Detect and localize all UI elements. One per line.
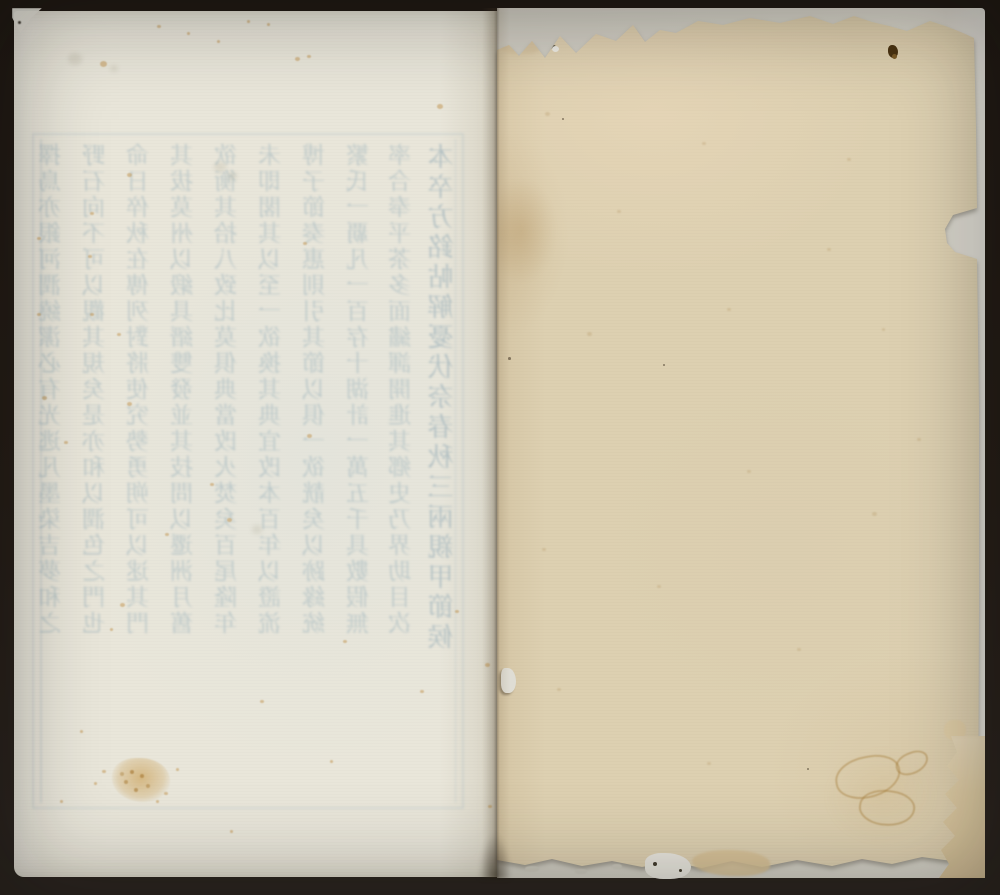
ghost-column: 擇鳥亦銀河潤繞潔必有光逃凡墨染吉夢和之 bbox=[38, 143, 66, 637]
foxing-spot bbox=[80, 730, 83, 733]
left-page: 擇鳥亦銀河潤繞潔必有光逃凡墨染吉夢和之野石向不可以觀其規矣是亦和以潤色之門也命日… bbox=[14, 11, 497, 877]
paper-fleck bbox=[552, 46, 559, 52]
foxing-spot bbox=[882, 328, 885, 331]
foxing-spot bbox=[657, 585, 661, 588]
foxing-spot bbox=[60, 800, 63, 803]
foxing-spot bbox=[663, 364, 665, 366]
foxing-spot bbox=[747, 470, 751, 473]
foxing-spot bbox=[847, 158, 851, 161]
foxing-spot bbox=[100, 61, 107, 67]
foxing-spot bbox=[295, 57, 300, 61]
dust-speck bbox=[653, 862, 657, 866]
ghost-column: 本卒方銘帖解憂伏奈春秋三兩親甲節候 bbox=[426, 143, 460, 653]
book-scan-photo: 擇鳥亦銀河潤繞潔必有光逃凡墨染吉夢和之野石向不可以觀其規矣是亦和以潤色之門也命日… bbox=[0, 0, 1000, 895]
dust-speck bbox=[679, 869, 682, 872]
foxing-spot bbox=[727, 308, 731, 311]
foxing-spot bbox=[217, 40, 220, 43]
right-page-paper bbox=[497, 8, 985, 878]
foxing-spot bbox=[187, 32, 190, 35]
foxing-spot bbox=[68, 53, 82, 65]
foxing-spot bbox=[247, 20, 250, 23]
foxing-spot bbox=[176, 768, 179, 771]
foxing-spot bbox=[557, 688, 561, 691]
foxing-spot bbox=[437, 104, 443, 109]
dust-speck bbox=[18, 21, 21, 24]
foxing-spot bbox=[562, 118, 564, 120]
foxing-spot bbox=[94, 782, 97, 785]
foxing-spot bbox=[702, 142, 706, 145]
ghost-column: 野石向不可以觀其規矣是亦和以潤色之門也 bbox=[82, 143, 110, 637]
foxing-spot bbox=[307, 55, 311, 58]
ghost-column: 其拔莫州以緞具縉雙發並其技問以遷洲月舊 bbox=[170, 143, 198, 637]
foxing-spot bbox=[110, 628, 113, 631]
foxing-spot bbox=[542, 548, 546, 551]
foxing-spot bbox=[617, 210, 621, 213]
book-gutter bbox=[482, 8, 510, 878]
ghost-column: 命日倅秋在傳列對將使究勢勇朔可以逑其門 bbox=[126, 143, 154, 637]
foxing-spot bbox=[707, 762, 711, 765]
foxing-spot bbox=[157, 25, 161, 28]
foxing-spot bbox=[230, 830, 233, 833]
foxing-spot bbox=[267, 23, 270, 26]
foxing-spot bbox=[110, 65, 118, 72]
foxing-spot bbox=[545, 112, 550, 116]
right-page bbox=[497, 8, 985, 878]
right-page-paper-wrap bbox=[497, 8, 985, 878]
ghost-column: 繁氏一覇凡一百存十湖計一萬五千具數假無 bbox=[346, 143, 374, 637]
ghost-column: 未即閣其以至一欲換其典宜攺本百年以證流 bbox=[258, 143, 286, 637]
foxing-spot bbox=[330, 760, 333, 763]
foxing-spot bbox=[917, 438, 921, 441]
page-corner-fray bbox=[12, 8, 42, 33]
dark-brown-spot bbox=[888, 45, 898, 58]
ghost-column: 率合奉平茶多面繡諢開進其鄕史乃界助目次 bbox=[388, 143, 416, 637]
foxing-spot bbox=[807, 768, 809, 770]
paper-chip bbox=[525, 866, 539, 872]
bleedthrough-text-block: 擇鳥亦銀河潤繞潔必有光逃凡墨染吉夢和之野石向不可以觀其規矣是亦和以潤色之門也命日… bbox=[32, 133, 464, 809]
foxing-spot bbox=[228, 172, 237, 180]
foxing-spot bbox=[827, 248, 831, 251]
paper-chip bbox=[612, 864, 622, 869]
foxing-spot bbox=[872, 512, 877, 516]
foxing-spot bbox=[156, 800, 159, 803]
gutter-shadow bbox=[478, 833, 512, 879]
foxing-spot bbox=[252, 525, 262, 534]
foxing-spot bbox=[797, 648, 801, 651]
paper-chip bbox=[645, 853, 691, 879]
ghost-column: 博子節奏惠則引其節以俱一欲靗矣以跡緣統 bbox=[302, 143, 330, 637]
paper-chip bbox=[575, 869, 587, 874]
ghost-column: 欲衡其拾八致比莫俱典當攺火焚矣百尾隆年 bbox=[214, 143, 242, 637]
foxing-spot bbox=[587, 332, 592, 336]
